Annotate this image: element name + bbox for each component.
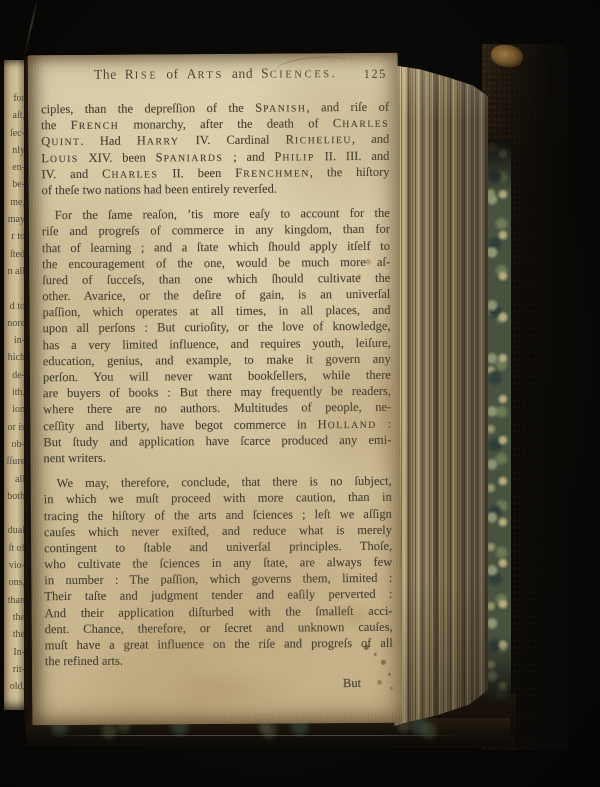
text-block: The RISE of ARTS and SCIENCES. 125 ciple… bbox=[41, 65, 393, 694]
fragment-line: all bbox=[4, 471, 25, 488]
text-line: the refined arts. bbox=[45, 651, 393, 670]
paragraph: For the ſame reaſon, ’tis more eaſy to a… bbox=[42, 205, 392, 466]
book-photo: foraſt,ſec-nlyen-be-me,mayr toſtedn all … bbox=[0, 0, 600, 787]
running-header: The RISE of ARTS and SCIENCES. 125 bbox=[41, 65, 389, 85]
text-line: in which we muſt proceed with more cauti… bbox=[44, 489, 392, 508]
fragment-line: the bbox=[4, 609, 25, 626]
book-page: The RISE of ARTS and SCIENCES. 125 ciple… bbox=[28, 53, 403, 726]
fragment-line: nore bbox=[4, 315, 25, 332]
fragment-line: in- bbox=[4, 332, 25, 349]
marbled-board-edge bbox=[484, 140, 511, 702]
small-caps-word: SPANISH bbox=[255, 100, 306, 114]
text-line: Their taſte and judgment tender and eaſi… bbox=[44, 586, 392, 605]
small-caps-word: LOUIS bbox=[41, 151, 79, 165]
catchword: But bbox=[45, 676, 393, 693]
scratch-mark bbox=[23, 0, 39, 57]
body-text: ciples, than the depreſſion of the SPANI… bbox=[41, 99, 393, 670]
fragment-line: r to bbox=[4, 228, 25, 245]
small-caps-word: HOLLAND bbox=[318, 416, 377, 430]
paragraph: ciples, than the depreſſion of the SPANI… bbox=[41, 99, 390, 199]
text-line: nent writers. bbox=[43, 448, 391, 467]
fragment-line: en- bbox=[4, 159, 25, 176]
fragment-line: de- bbox=[4, 367, 25, 384]
text-line: QUINT. Had HARRY IV. Cardinal RICHELIEU,… bbox=[41, 131, 389, 150]
fragment-line: the bbox=[4, 626, 25, 643]
text-line: of theſe two nations had been entirely r… bbox=[42, 180, 390, 199]
fragment-line: than bbox=[4, 592, 25, 609]
small-caps-word: RISE bbox=[125, 66, 159, 81]
small-caps-word: ARTS bbox=[187, 66, 224, 81]
small-caps-word: RICHELIEU bbox=[286, 132, 352, 146]
text-line: tracing the hiſtory of the arts and ſcie… bbox=[44, 505, 392, 524]
fragment-line: ith, bbox=[4, 384, 25, 401]
fragment-line bbox=[4, 505, 25, 522]
small-caps-word: SCIENCES bbox=[261, 65, 332, 80]
fragment-line: be- bbox=[4, 176, 25, 193]
fragment-line: for bbox=[4, 90, 25, 107]
fragment-line: dual bbox=[4, 522, 25, 539]
small-caps-word: CHARLES bbox=[102, 166, 158, 180]
fragment-line bbox=[4, 280, 25, 297]
page-number: 125 bbox=[364, 67, 387, 82]
fragment-line: ſt of bbox=[4, 540, 25, 557]
page-title: The RISE of ARTS and SCIENCES. bbox=[41, 65, 389, 83]
text-line: upon all perſons : But curioſity, or the… bbox=[43, 318, 391, 337]
fragment-line: vio- bbox=[4, 557, 25, 574]
fragment-line: both bbox=[4, 488, 25, 505]
facing-page-fragments: foraſt,ſec-nlyen-be-me,mayr toſtedn all … bbox=[4, 60, 25, 695]
paragraph: We may, therefore, conclude, that there … bbox=[44, 473, 393, 670]
small-caps-word: CHARLES bbox=[333, 116, 389, 130]
fragment-line: ſſure bbox=[4, 453, 25, 470]
fragment-line: d to bbox=[4, 298, 25, 315]
fragment-line: n all bbox=[4, 263, 25, 280]
fragment-line: rit- bbox=[4, 661, 25, 678]
fragment-line: nly bbox=[4, 142, 25, 159]
fragment-line: or is bbox=[4, 419, 25, 436]
fragment-line: me, bbox=[4, 194, 25, 211]
fragment-line: may bbox=[4, 211, 25, 228]
fragment-line: ons, bbox=[4, 574, 25, 591]
text-line: muſt have a great influence on the riſe … bbox=[45, 635, 393, 654]
small-caps-word: HARRY bbox=[137, 134, 180, 148]
page-block-fore-edge bbox=[394, 56, 488, 726]
small-caps-word: PHILIP bbox=[274, 149, 314, 163]
text-line: where there are no authors. Multitudes o… bbox=[43, 399, 391, 418]
small-caps-word: SPANIARDS bbox=[156, 149, 224, 163]
fragment-line: In- bbox=[4, 644, 25, 661]
text-line: IV. and CHARLES II. been FRENCHMEN, the … bbox=[41, 164, 389, 183]
fragment-line: ſted bbox=[4, 246, 25, 263]
fragment-line: aſt, bbox=[4, 107, 25, 124]
fragment-line: ob- bbox=[4, 436, 25, 453]
fragment-line: ion bbox=[4, 401, 25, 418]
text-line: that of learning ; and a ſtate which ſho… bbox=[42, 237, 390, 256]
small-caps-word: QUINT bbox=[41, 134, 80, 148]
text-line: But ſtudy and application have ſcarce pr… bbox=[43, 432, 391, 451]
small-caps-word: FRENCHMEN bbox=[235, 165, 310, 180]
fragment-line: old, bbox=[4, 678, 25, 695]
text-line: riſe and progreſs of commerce in any kin… bbox=[42, 221, 390, 240]
fragment-line: ſec- bbox=[4, 125, 25, 142]
fragment-line: hich bbox=[4, 349, 25, 366]
small-caps-word: FRENCH bbox=[71, 118, 120, 132]
